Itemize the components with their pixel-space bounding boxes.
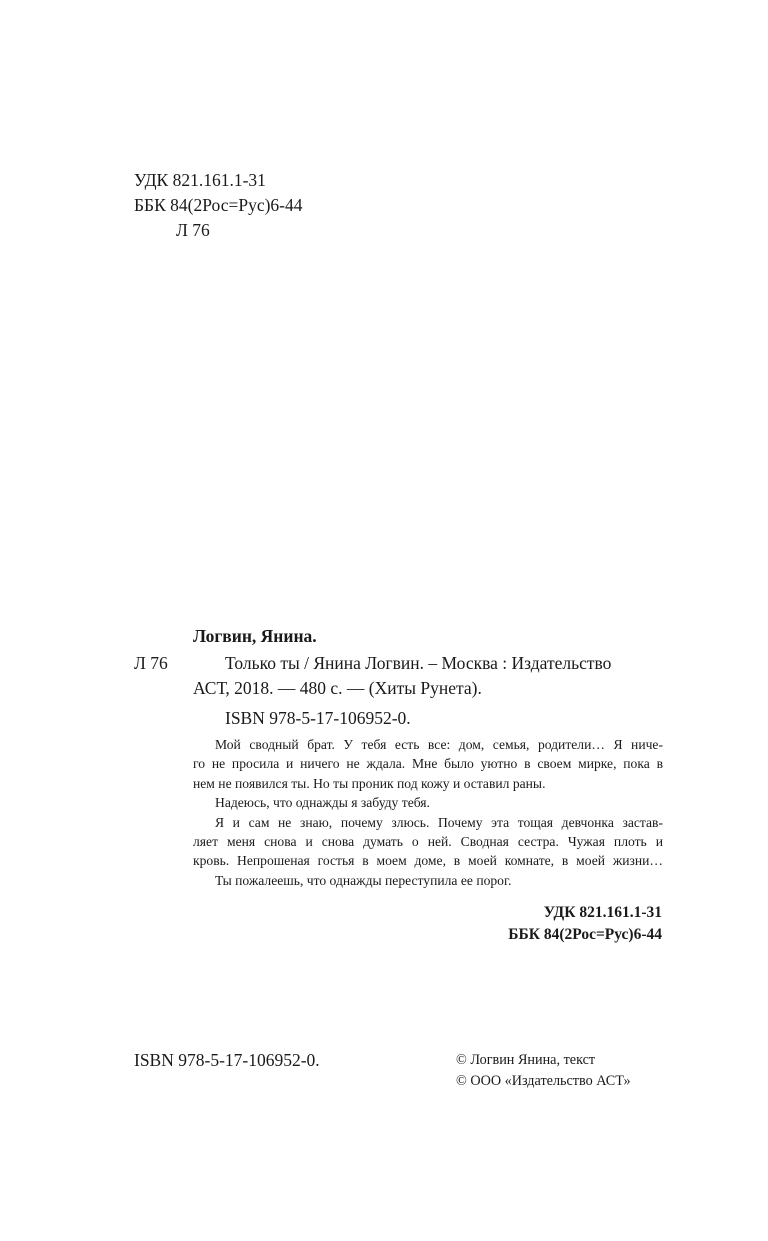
annotation-paragraph: Мой сводный брат. У тебя есть все: дом, … bbox=[193, 735, 663, 793]
copyright-author: © Логвин Янина, текст bbox=[456, 1050, 595, 1070]
annotation-line: Мой сводный брат. У тебя есть все: дом, … bbox=[193, 735, 663, 754]
annotation: Мой сводный брат. У тебя есть все: дом, … bbox=[193, 735, 663, 890]
annotation-paragraph: Надеюсь, что однажды я забуду тебя. bbox=[193, 793, 663, 812]
card-bbk: ББК 84(2Рос=Рус)6-44 bbox=[508, 924, 662, 946]
annotation-line: нем не появился ты. Но ты проник под кож… bbox=[193, 774, 663, 793]
footer-isbn: ISBN 978-5-17-106952-0. bbox=[134, 1048, 320, 1072]
card-isbn: ISBN 978-5-17-106952-0. bbox=[225, 706, 411, 730]
title-line-2: АСТ, 2018. — 480 с. — (Хиты Рунета). bbox=[193, 676, 482, 700]
copyright-publisher: © ООО «Издательство АСТ» bbox=[456, 1071, 631, 1091]
author-mark: Л 76 bbox=[176, 218, 210, 242]
card-udk: УДК 821.161.1-31 bbox=[508, 902, 662, 924]
annotation-paragraph: Ты пожалеешь, что однажды переступила ее… bbox=[193, 871, 663, 890]
annotation-line: Ты пожалеешь, что однажды переступила ее… bbox=[193, 871, 663, 890]
card-author-mark: Л 76 bbox=[134, 651, 168, 675]
annotation-paragraph: Я и сам не знаю, почему злюсь. Почему эт… bbox=[193, 813, 663, 871]
annotation-line: ляет меня снова и снова думать о ней. Св… bbox=[193, 832, 663, 851]
udk-code: УДК 821.161.1-31 bbox=[134, 168, 266, 192]
title-line-1: Только ты / Янина Логвин. – Москва : Изд… bbox=[225, 651, 611, 675]
author-heading: Логвин, Янина. bbox=[193, 624, 317, 648]
annotation-line: Я и сам не знаю, почему злюсь. Почему эт… bbox=[193, 813, 663, 832]
annotation-line: Надеюсь, что однажды я забуду тебя. bbox=[193, 793, 663, 812]
annotation-line: го не просила и ничего не ждала. Мне был… bbox=[193, 754, 663, 773]
annotation-line: кровь. Непрошеная гостья в моем доме, в … bbox=[193, 851, 663, 870]
card-classification-codes: УДК 821.161.1-31 ББК 84(2Рос=Рус)6-44 bbox=[508, 902, 662, 946]
bbk-code: ББК 84(2Рос=Рус)6-44 bbox=[134, 193, 303, 217]
